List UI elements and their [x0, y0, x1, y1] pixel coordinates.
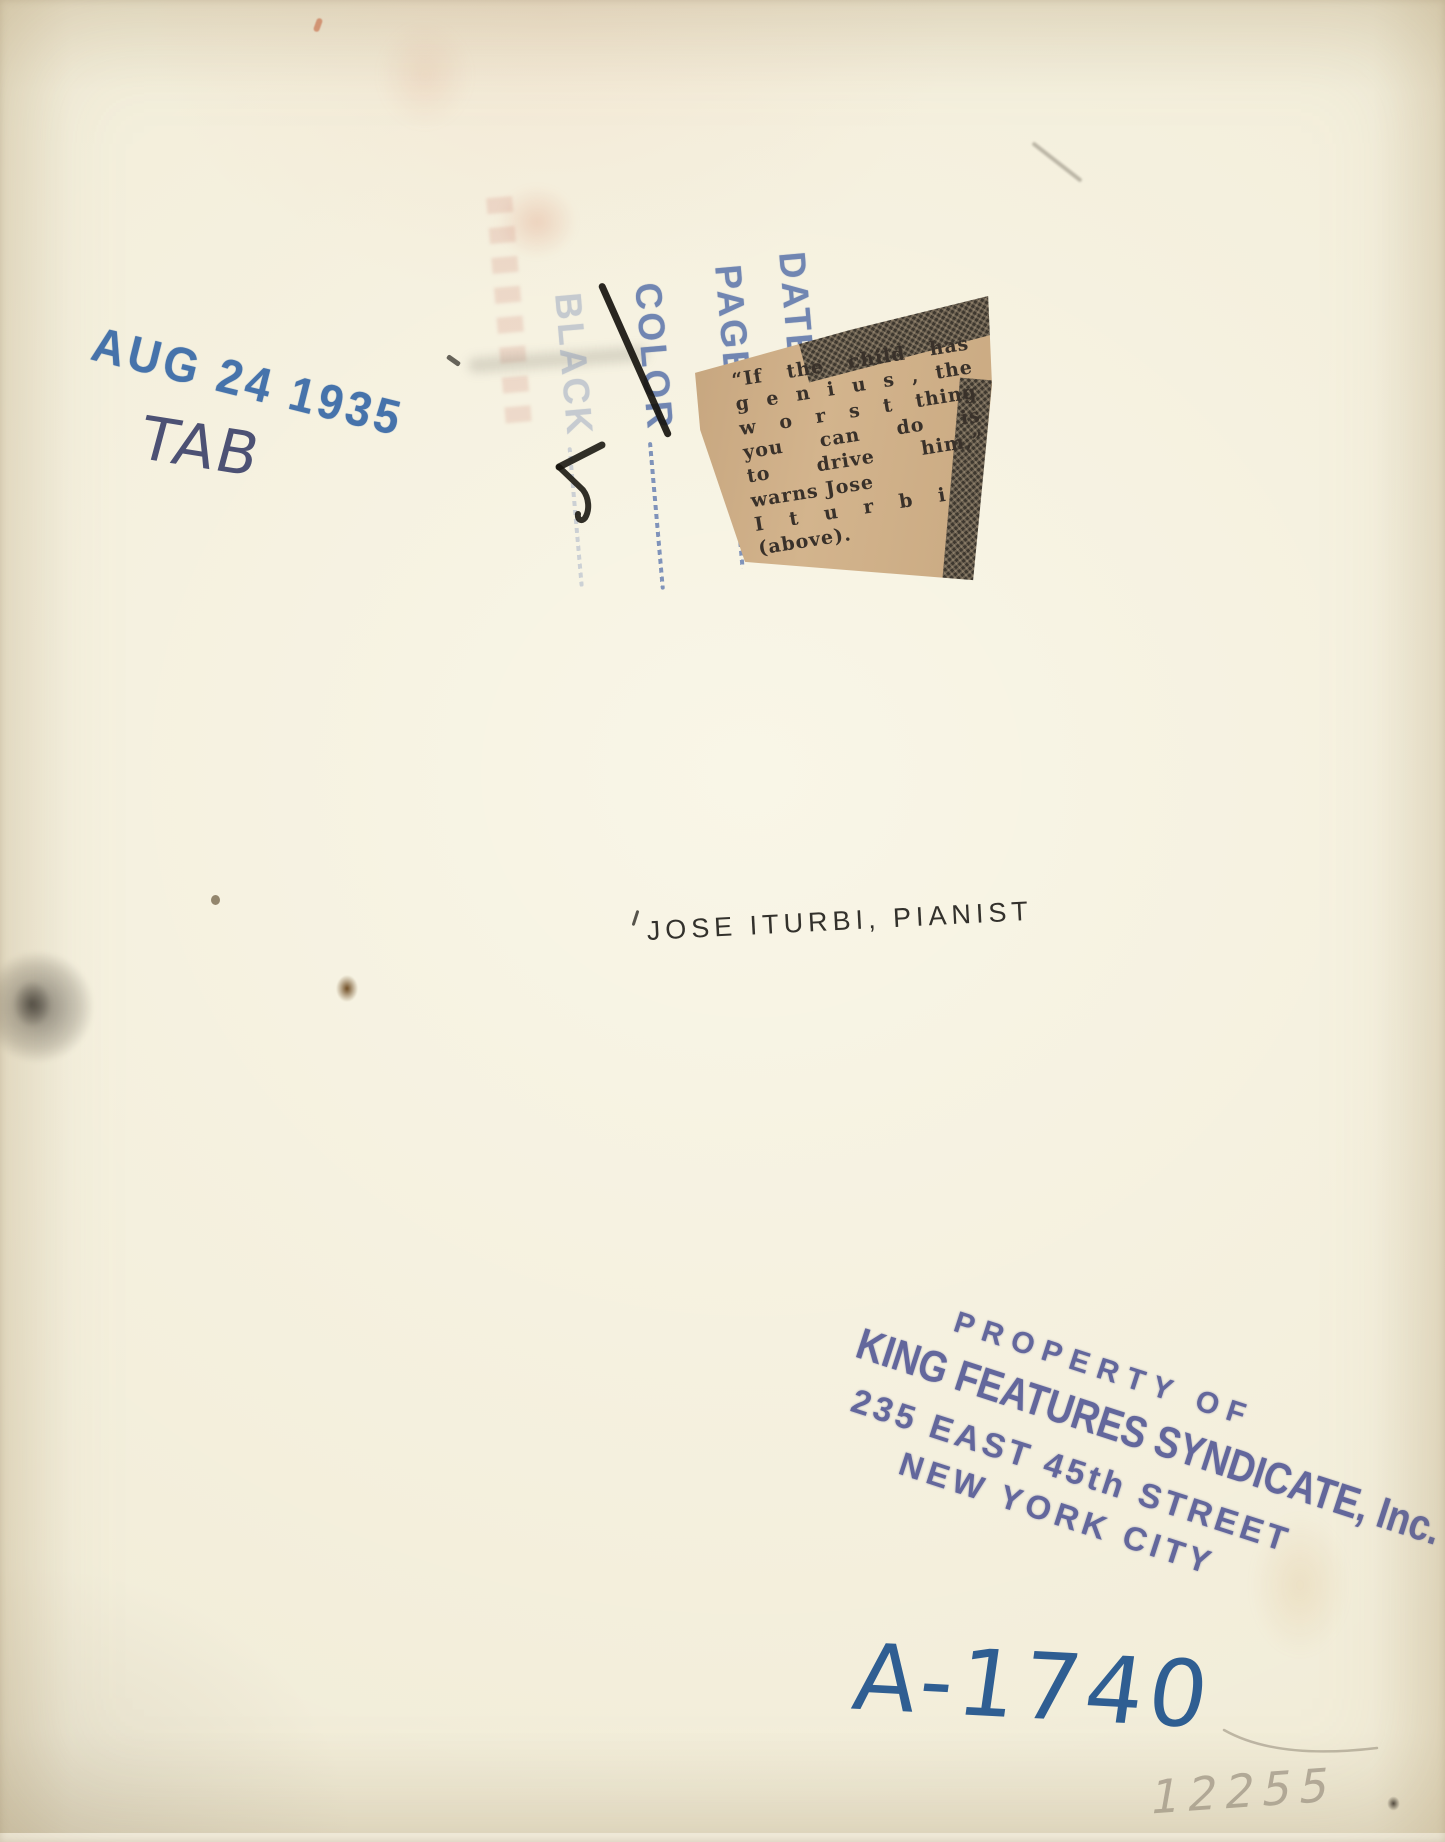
pink-smudge-top — [360, 0, 490, 150]
catalog-number: A-1740 — [847, 1624, 1220, 1749]
handwritten-tab-note: TAB — [132, 404, 269, 491]
check-mark — [552, 438, 622, 526]
form-rule-color — [648, 442, 665, 590]
photo-verso: AUG 24 1935 TAB DATE PAGE COLOR BLACK “I… — [0, 0, 1445, 1842]
form-label-black: BLACK — [546, 291, 600, 439]
red-fleck — [313, 17, 323, 32]
property-stamp: PROPERTY OF KING FEATURES SYNDICATE, Inc… — [780, 1266, 1380, 1620]
pencil-number: 12255 — [1146, 1757, 1342, 1825]
clipping-text: “If the child has g e n i u s , the w o … — [730, 331, 997, 561]
ink-tick — [632, 910, 640, 926]
form-field-color: COLOR — [626, 281, 695, 590]
paper-speck — [1386, 1795, 1401, 1812]
paper-speck — [211, 895, 220, 905]
brown-stain — [336, 975, 358, 1002]
typed-caption: JOSE ITURBI, PIANIST — [646, 896, 1034, 947]
pencil-swoosh — [1222, 1724, 1382, 1764]
ink-dash — [446, 354, 461, 367]
scan-edge — [0, 1833, 1445, 1842]
crease-mark — [1031, 141, 1082, 182]
